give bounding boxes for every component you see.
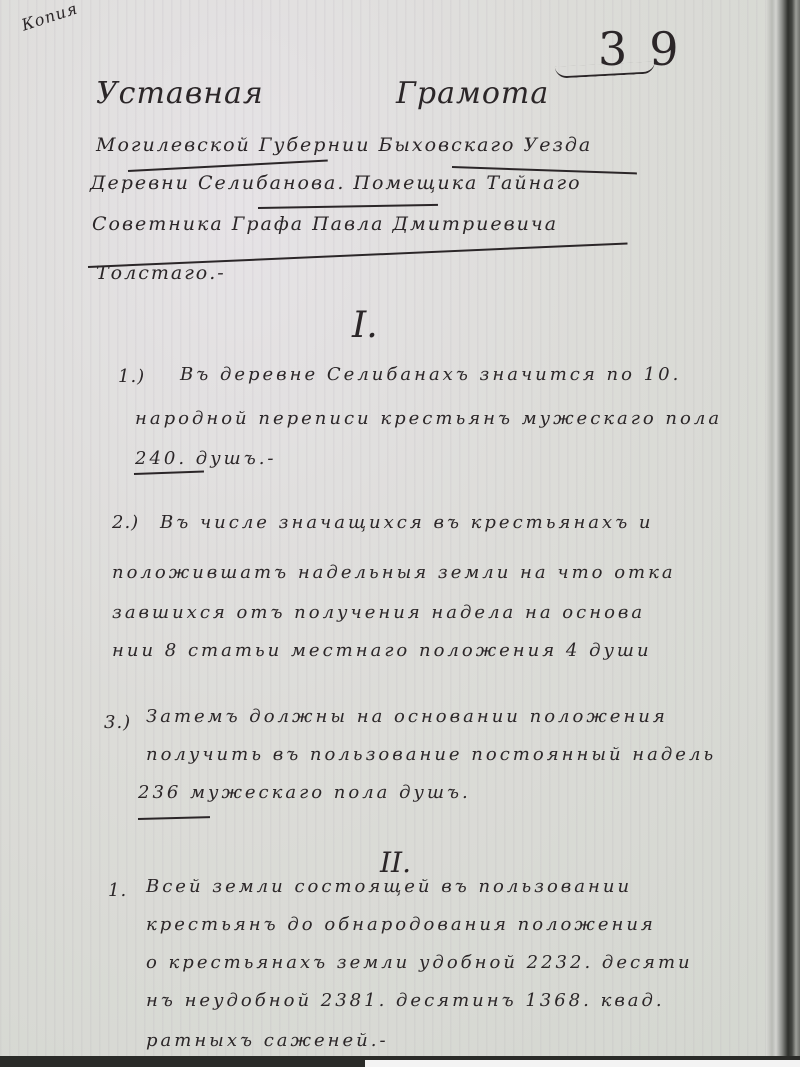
- item-line: 240. душъ.-: [135, 448, 277, 469]
- margin-note: Копия: [19, 0, 80, 35]
- item-line: Всей земли состоящей въ пользовании: [146, 876, 632, 897]
- item-line: народной переписи крестьянъ мужескаго по…: [135, 408, 722, 429]
- title-word-1: Уставная: [96, 76, 264, 111]
- scan-border-highlight: [365, 1060, 800, 1067]
- header-line-2: Деревни Селибанова. Помещика Тайнаго: [90, 172, 582, 194]
- underline: [128, 160, 328, 172]
- manuscript-page: Копия 39 Уставная Грамота Могилевской Гу…: [0, 0, 800, 1056]
- folio-flourish: [555, 61, 655, 78]
- scan-border: [0, 1056, 800, 1067]
- header-line-4: Толстаго.-: [96, 262, 226, 284]
- title-word-2: Грамота: [396, 76, 549, 111]
- item-number: 1.): [118, 366, 145, 387]
- item-line: ратныхъ саженей.-: [146, 1030, 389, 1051]
- item-line: нии 8 статьи местнаго положения 4 души: [112, 640, 652, 661]
- item-line: крестьянъ до обнародования положения: [146, 914, 656, 935]
- item-line: Въ деревне Селибанахъ значится по 10.: [180, 364, 681, 385]
- item-line: положившатъ надельныя земли на что отка: [112, 562, 676, 583]
- item-line: о крестьянахъ земли удобной 2232. десяти: [146, 952, 693, 973]
- item-number: 2.): [112, 512, 139, 533]
- section-numeral-1: I.: [352, 305, 378, 346]
- binding-edge: [766, 0, 800, 1056]
- item-line: Въ числе значащихся въ крестьянахъ и: [160, 512, 654, 533]
- underline: [134, 471, 204, 475]
- item-line: получить въ пользование постоянный надел…: [146, 744, 716, 765]
- item-number: 1.: [108, 880, 127, 901]
- item-line: Затемъ должны на основании положения: [146, 706, 668, 727]
- item-number: 3.): [104, 712, 131, 733]
- section-numeral-2: II.: [380, 846, 411, 879]
- underline: [138, 816, 210, 820]
- underline: [258, 204, 438, 209]
- item-line: нъ неудобной 2381. десятинъ 1368. квад.: [146, 990, 665, 1011]
- header-line-1: Могилевской Губернии Быховскаго Уезда: [96, 134, 592, 156]
- item-line: завшихся отъ получения надела на основа: [112, 602, 645, 623]
- header-line-3: Советника Графа Павла Дмитриевича: [92, 213, 558, 235]
- item-line: 236 мужескаго пола душъ.: [138, 782, 471, 803]
